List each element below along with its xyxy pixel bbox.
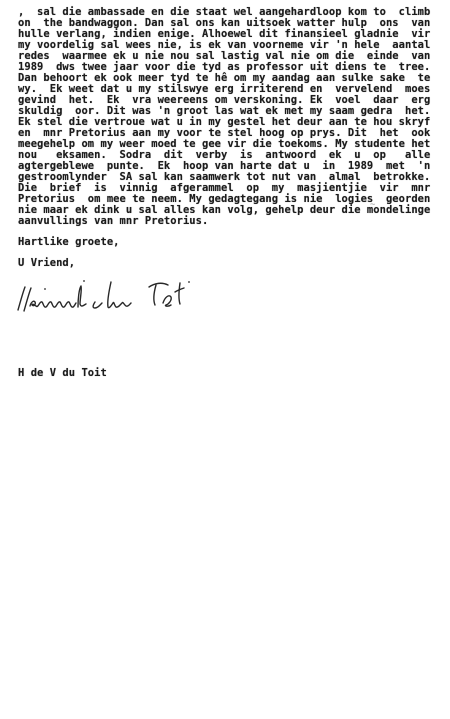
letter-body-paragraph: , sal die ambassade en die staat wel aan… xyxy=(18,7,430,227)
signature-stroke xyxy=(18,287,25,310)
signature-stroke xyxy=(93,302,102,308)
letter-page: , sal die ambassade en die staat wel aan… xyxy=(0,0,450,719)
signature-stroke xyxy=(163,296,171,306)
signature-i-dot xyxy=(188,281,190,283)
pencil-mark: ~ xyxy=(370,200,375,210)
signature-i-dot xyxy=(83,280,85,282)
signature-stroke xyxy=(108,282,131,308)
typed-sender-name: H de V du Toit xyxy=(18,368,107,379)
signature-stroke xyxy=(30,301,76,307)
signature-stroke xyxy=(179,283,180,304)
signature-i-dot xyxy=(44,288,46,290)
letter-closing: Hartlike groete, xyxy=(18,237,120,248)
handwritten-signature xyxy=(14,277,194,315)
signature-stroke xyxy=(78,286,86,307)
signature-stroke xyxy=(24,288,31,311)
signature-stroke xyxy=(149,283,168,287)
letter-signoff: U Vriend, xyxy=(18,258,75,269)
signature-stroke xyxy=(154,285,156,305)
